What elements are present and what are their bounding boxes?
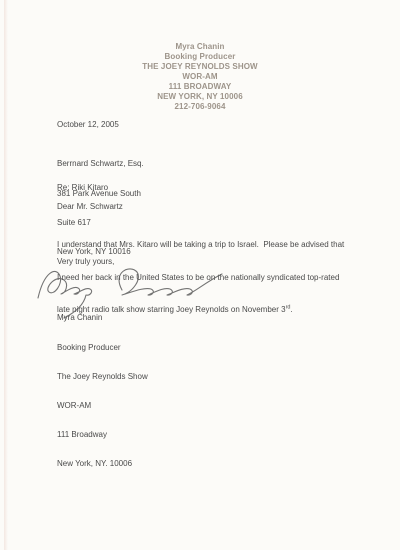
letterhead-title: Booking Producer — [0, 52, 400, 62]
signer-station: WOR-AM — [57, 401, 148, 411]
salutation: Dear Mr. Schwartz — [57, 202, 123, 212]
re-line: Re: Riki Kitaro — [57, 183, 108, 193]
recipient-name: Berrnard Schwartz, Esq. — [57, 159, 144, 169]
signature-stroke-last-name — [119, 269, 222, 295]
signer-street: 111 Broadway — [57, 430, 148, 440]
body-line-1: I understand that Mrs. Kitaro will be ta… — [57, 240, 344, 251]
letterhead-name: Myra Chanin — [0, 42, 400, 52]
letterhead-show: THE JOEY REYNOLDS SHOW — [0, 62, 400, 72]
letterhead-phone: 212-706-9064 — [0, 102, 400, 112]
scanned-letter-page: Myra Chanin Booking Producer THE JOEY RE… — [0, 0, 400, 550]
letterhead-city: NEW YORK, NY 10006 — [0, 92, 400, 102]
signer-city: New York, NY. 10006 — [57, 459, 148, 469]
letterhead-station: WOR-AM — [0, 72, 400, 82]
body-end-punctuation: . — [290, 305, 292, 314]
signer-name: Myra Chanin — [57, 313, 148, 323]
signer-show: The Joey Reynolds Show — [57, 372, 148, 382]
letterhead-street: 111 BROADWAY — [0, 82, 400, 92]
letterhead: Myra Chanin Booking Producer THE JOEY RE… — [0, 42, 400, 112]
letter-date: October 12, 2005 — [57, 120, 119, 130]
signer-title: Booking Producer — [57, 343, 148, 353]
signature-block: Myra Chanin Booking Producer The Joey Re… — [57, 294, 148, 488]
